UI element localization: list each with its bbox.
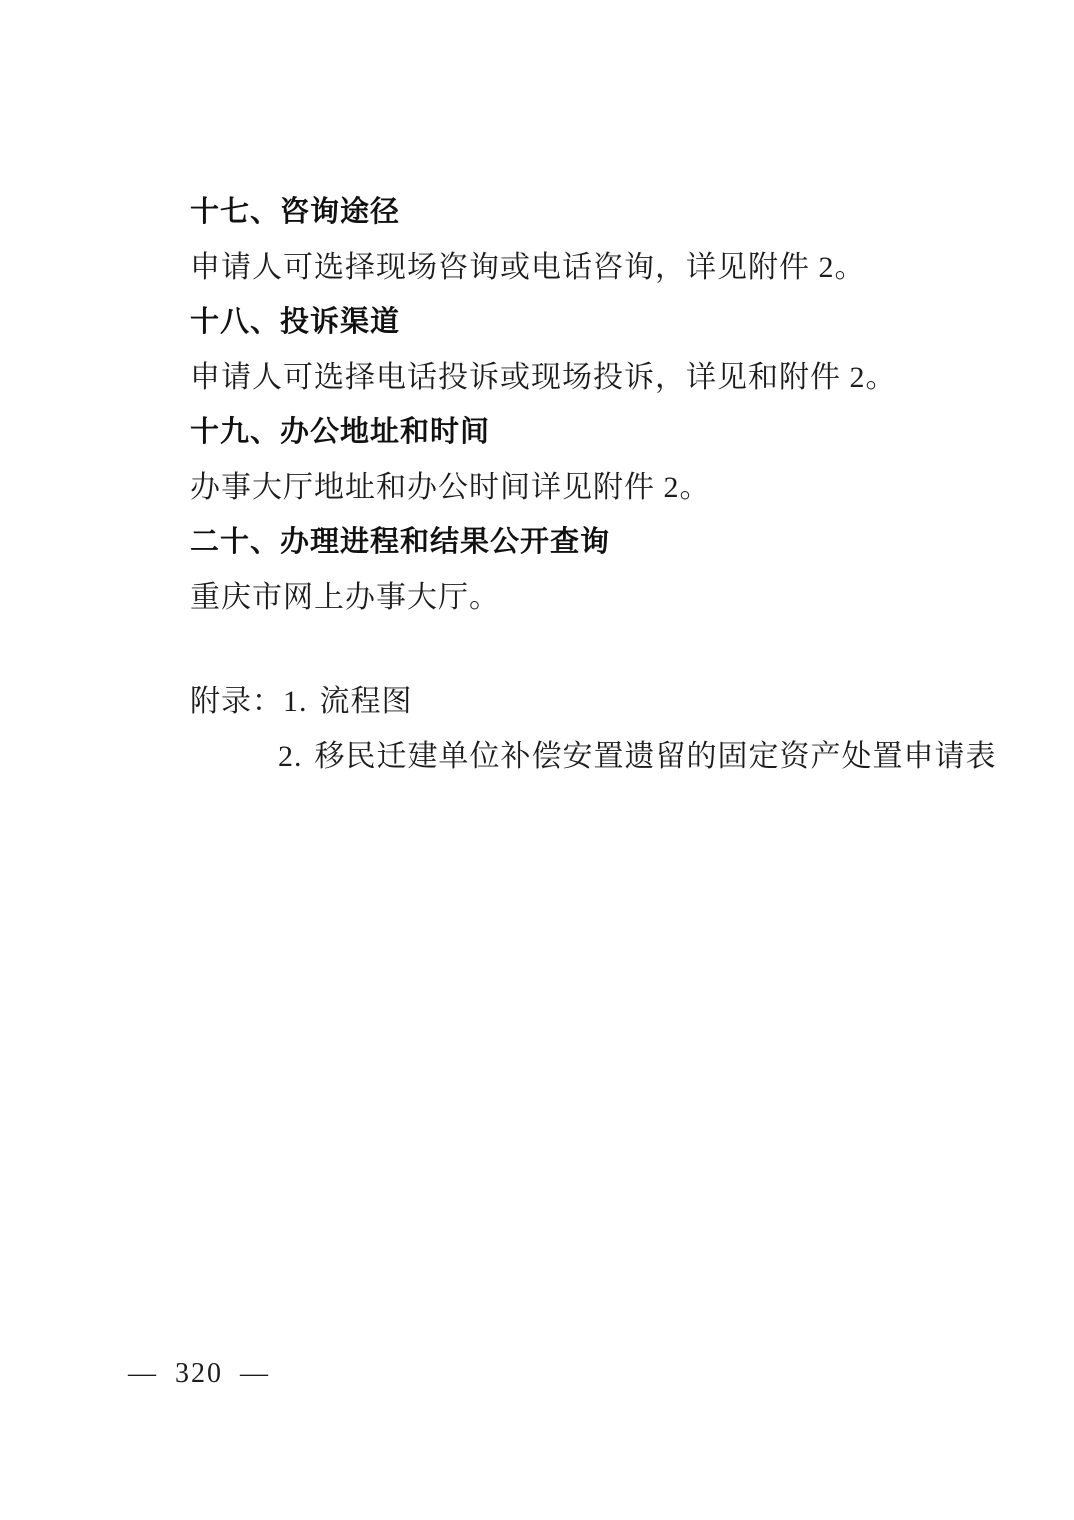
appendix-item-1-number: 1. bbox=[283, 685, 308, 718]
blank-line bbox=[190, 625, 950, 674]
page-number: — 320 — bbox=[128, 1358, 270, 1390]
document-content: 十七、咨询途径 申请人可选择现场咨询或电话咨询，详见附件 2。 十八、投诉渠道 … bbox=[190, 185, 950, 784]
section-body-18: 申请人可选择电话投诉或现场投诉，详见和附件 2。 bbox=[190, 350, 950, 405]
appendix-item-1-text: 流程图 bbox=[320, 685, 413, 718]
document-page: 十七、咨询途径 申请人可选择现场咨询或电话咨询，详见附件 2。 十八、投诉渠道 … bbox=[0, 0, 1074, 1520]
section-heading-18: 十八、投诉渠道 bbox=[190, 295, 950, 350]
appendix-item-2-number: 2. bbox=[278, 740, 303, 773]
section-heading-17: 十七、咨询途径 bbox=[190, 185, 950, 240]
section-heading-20: 二十、办理进程和结果公开查询 bbox=[190, 515, 950, 570]
appendix-line-2: 2.移民迁建单位补偿安置遗留的固定资产处置申请表 bbox=[190, 729, 950, 784]
appendix-item-2-text: 移民迁建单位补偿安置遗留的固定资产处置申请表 bbox=[315, 740, 997, 773]
section-body-19: 办事大厅地址和办公时间详见附件 2。 bbox=[190, 460, 950, 515]
appendix-line-1: 附录：1.流程图 bbox=[190, 674, 950, 729]
section-body-17: 申请人可选择现场咨询或电话咨询，详见附件 2。 bbox=[190, 240, 950, 295]
section-body-20: 重庆市网上办事大厅。 bbox=[190, 570, 950, 625]
section-heading-19: 十九、办公地址和时间 bbox=[190, 405, 950, 460]
appendix-label: 附录： bbox=[190, 685, 283, 718]
